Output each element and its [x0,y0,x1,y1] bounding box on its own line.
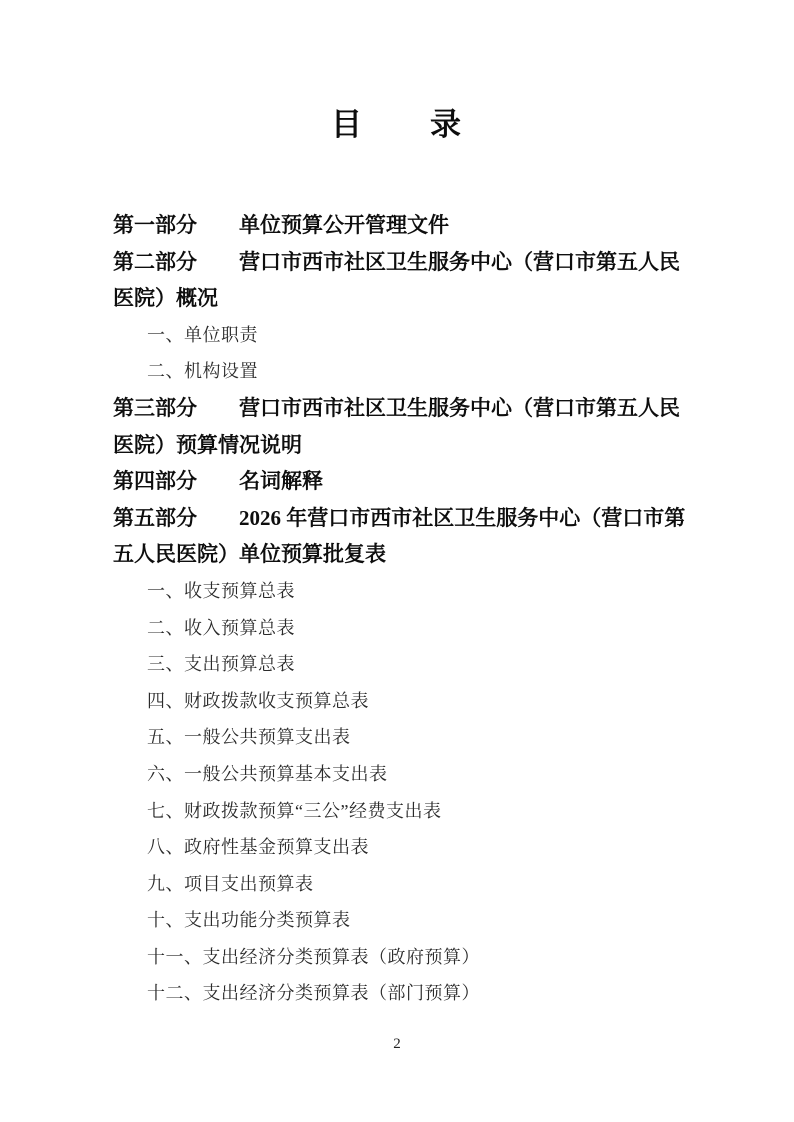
toc-title: 目 录 [0,99,794,144]
toc-entry-part-2: 第二部分 营口市西市社区卫生服务中心（营口市第五人民 [113,244,685,281]
toc-entry-part-1: 第一部分 单位预算公开管理文件 [113,207,685,244]
toc-entry-sub-1: 一、单位职责 [113,317,685,354]
toc-entry-table-12: 十二、支出经济分类预算表（部门预算） [113,975,685,1012]
toc-entry-table-4: 四、财政拨款收支预算总表 [113,683,685,720]
toc-entry-table-6: 六、一般公共预算基本支出表 [113,756,685,793]
page-number: 2 [0,1036,794,1053]
toc-entry-table-5: 五、一般公共预算支出表 [113,719,685,756]
toc-entry-part-4: 第四部分 名词解释 [113,463,685,500]
toc-entry-table-9: 九、项目支出预算表 [113,866,685,903]
toc-entry-table-1: 一、收支预算总表 [113,573,685,610]
toc-entry-table-8: 八、政府性基金预算支出表 [113,829,685,866]
toc-entry-part-5-cont: 五人民医院）单位预算批复表 [113,536,685,573]
toc-entry-part-2-cont: 医院）概况 [113,280,685,317]
toc-entry-part-3: 第三部分 营口市西市社区卫生服务中心（营口市第五人民 [113,390,685,427]
toc-entry-sub-2: 二、机构设置 [113,353,685,390]
toc-entry-table-2: 二、收入预算总表 [113,610,685,647]
table-of-contents: 第一部分 单位预算公开管理文件 第二部分 营口市西市社区卫生服务中心（营口市第五… [113,207,685,1012]
toc-entry-part-5: 第五部分 2026 年营口市西市社区卫生服务中心（营口市第 [113,500,685,537]
document-page: 目 录 第一部分 单位预算公开管理文件 第二部分 营口市西市社区卫生服务中心（营… [0,0,794,1122]
toc-entry-table-3: 三、支出预算总表 [113,646,685,683]
toc-entry-table-7: 七、财政拨款预算“三公”经费支出表 [113,793,685,830]
toc-entry-part-3-cont: 医院）预算情况说明 [113,427,685,464]
toc-entry-table-10: 十、支出功能分类预算表 [113,902,685,939]
toc-entry-table-11: 十一、支出经济分类预算表（政府预算） [113,939,685,976]
